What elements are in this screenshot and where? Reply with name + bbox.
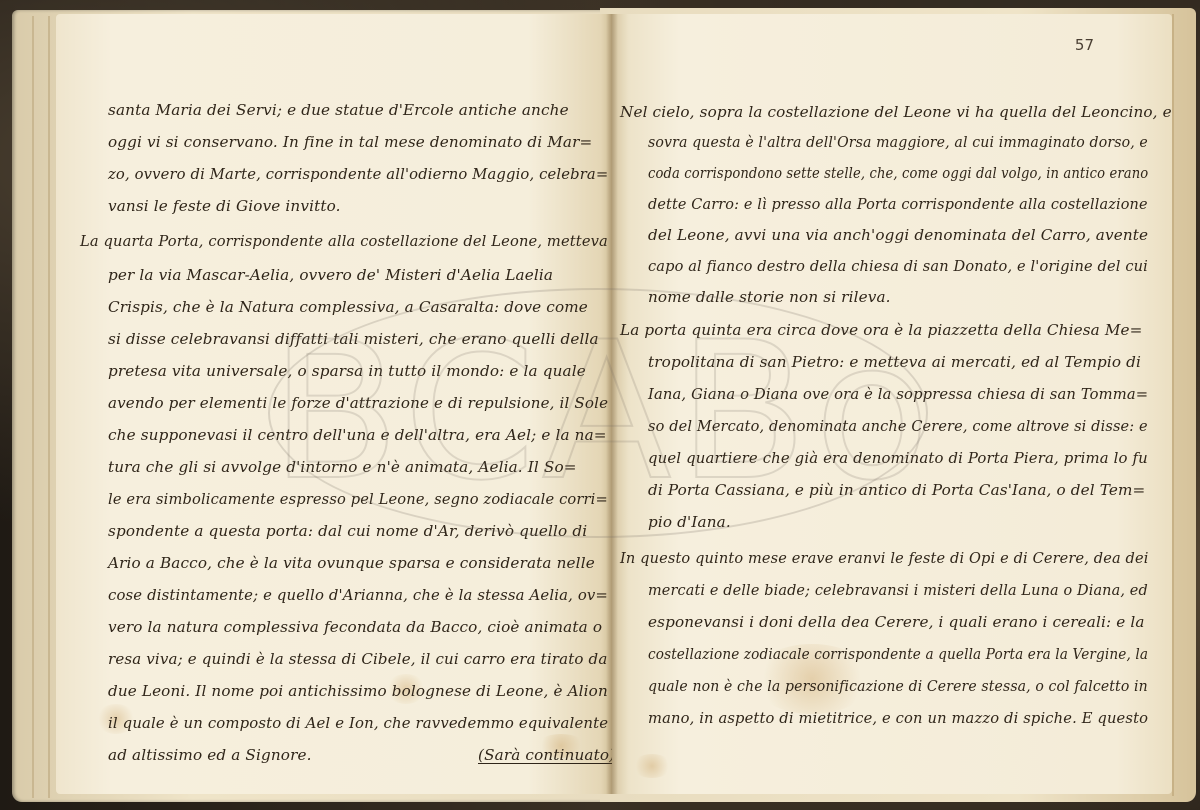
text-line: zo, ovvero di Marte, corrispondente all'… bbox=[108, 162, 608, 186]
text-line: so del Mercato, denominata anche Cerere,… bbox=[648, 414, 1148, 438]
text-line: cose distintamente; e quello d'Arianna, … bbox=[108, 583, 608, 607]
text-line: In questo quinto mese erave eranvi le fe… bbox=[620, 546, 1149, 570]
text-line: quel quartiere che già era denominato di… bbox=[648, 446, 1148, 470]
text-line: sovra questa è l'altra dell'Orsa maggior… bbox=[648, 130, 1148, 154]
text-line: Nel cielo, sopra la costellazione del Le… bbox=[620, 100, 1172, 124]
text-line: coda corrispondono sette stelle, che, co… bbox=[648, 161, 1148, 185]
text-line: dette Carro: e lì presso alla Porta corr… bbox=[648, 192, 1148, 216]
text-line: vansi le feste di Giove invitto. bbox=[108, 194, 341, 218]
text-line: La quarta Porta, corrispondente alla cos… bbox=[80, 229, 608, 253]
text-line: capo al fianco destro della chiesa di sa… bbox=[648, 254, 1148, 278]
text-line: La porta quinta era circa dove ora è la … bbox=[620, 318, 1143, 342]
text-line: tura che gli si avvolge d'intorno e n'è … bbox=[108, 455, 577, 479]
text-line: Ario a Bacco, che è la vita ovunque spar… bbox=[108, 551, 595, 575]
book-gutter bbox=[606, 14, 618, 794]
text-line: spondente a questa porta: dal cui nome d… bbox=[108, 519, 587, 543]
text-line: di Porta Cassiana, e più in antico di Po… bbox=[648, 478, 1145, 502]
text-line: costellazione zodiacale corrispondente a… bbox=[648, 642, 1148, 666]
text-line: pretesa vita universale, o sparsa in tut… bbox=[108, 359, 586, 383]
text-line: santa Maria dei Servi; e due statue d'Er… bbox=[108, 98, 569, 122]
page-number: 57 bbox=[1075, 36, 1094, 54]
text-line: resa viva; e quindi è la stessa di Cibel… bbox=[108, 647, 607, 671]
text-line: del Leone, avvi una via anch'oggi denomi… bbox=[648, 223, 1148, 247]
text-line: pio d'Iana. bbox=[648, 510, 731, 534]
text-line: Iana, Giana o Diana ove ora è la soppres… bbox=[648, 382, 1148, 406]
text-line: si disse celebravansi diffatti tali mist… bbox=[108, 327, 599, 351]
right-page: 57 Nel cielo, sopra la costellazione del… bbox=[612, 14, 1172, 794]
text-line: avendo per elementi le forze d'attrazion… bbox=[108, 391, 608, 415]
text-line: oggi vi si conservano. In fine in tal me… bbox=[108, 130, 592, 154]
left-page: santa Maria dei Servi; e due statue d'Er… bbox=[56, 14, 612, 794]
text-line: esponevansi i doni della dea Cerere, i q… bbox=[648, 610, 1145, 634]
text-line: le era simbolicamente espresso pel Leone… bbox=[108, 487, 608, 511]
text-line: ad altissimo ed a Signore. bbox=[108, 743, 312, 767]
text-line: mercati e delle biade; celebravansi i mi… bbox=[648, 578, 1148, 602]
text-line: tropolitana di san Pietro: e metteva ai … bbox=[648, 350, 1141, 374]
continuation-note: (Sarà continuato) bbox=[478, 743, 612, 767]
text-line: quale non è che la personificazione di C… bbox=[648, 674, 1148, 698]
text-line: mano, in aspetto di mietitrice, e con un… bbox=[648, 706, 1148, 730]
text-line: vero la natura complessiva fecondata da … bbox=[108, 615, 602, 639]
text-line: Crispis, che è la Natura complessiva, a … bbox=[108, 295, 588, 319]
paper-stain bbox=[632, 754, 672, 778]
text-line: due Leoni. Il nome poi antichissimo bolo… bbox=[108, 679, 608, 703]
text-line: nome dalle storie non si rileva. bbox=[648, 285, 891, 309]
text-line: per la via Mascar-Aelia, ovvero de' Mist… bbox=[108, 263, 553, 287]
text-line: il quale è un composto di Ael e Ion, che… bbox=[108, 711, 608, 735]
text-line: che supponevasi il centro dell'una e del… bbox=[108, 423, 607, 447]
